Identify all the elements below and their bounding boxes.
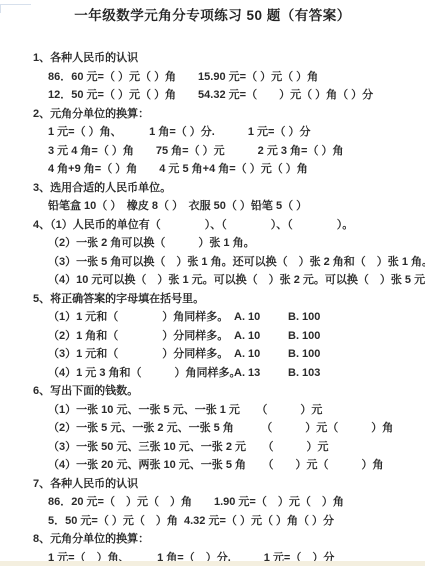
section-heading: 1、各种人民币的认识 [33, 49, 425, 68]
worksheet-line: 86．20 元=（ ）元（ ）角 1.90 元=（ ）元（ ）角 [48, 493, 425, 512]
worksheet-content: 1、各种人民币的认识 86．60 元=（ ）元（ ）角 15.90 元=（ ）元… [0, 49, 425, 566]
worksheet-line: 1 元=（ ）角、 1 角=（ ）分. 1 元=（ ）分 [48, 123, 425, 142]
section-5-multiple-choice: 5、将正确答案的字母填在括号里。 （1）1 元和（ ）角同样多。 A. 10 B… [0, 290, 425, 383]
choice-option-a: A. 10 [234, 345, 288, 364]
section-7-renminbi-recognition: 7、各种人民币的认识 86．20 元=（ ）元（ ）角 1.90 元=（ ）元（… [0, 475, 425, 531]
choice-question: （3）1 元和（ ）分同样多。 [48, 345, 234, 364]
choice-option-a: A. 10 [234, 327, 288, 346]
page-corner-line [0, 4, 31, 13]
bottom-band [0, 561, 425, 566]
worksheet-line: 4 角+9 角=（ ）角 4 元 5 角+4 角=（ ）元（ ）角 [48, 160, 425, 179]
choice-question: （2）1 角和（ ）分同样多。 [48, 327, 234, 346]
section-6-write-amounts: 6、写出下面的钱数。 （1）一张 10 元、一张 5 元、一张 1 元 （ ）元… [0, 382, 425, 475]
worksheet-line: 5．50 元=（ ）元（ ）角 4.32 元=（ ）元（ ）角（ ）分 [48, 512, 425, 531]
section-heading: 2、元角分单位的换算： [33, 105, 425, 124]
choice-option-a: A. 13 [234, 364, 288, 383]
worksheet-line: （1）一张 10 元、一张 5 元、一张 1 元 （ ）元 [48, 401, 425, 420]
worksheet-line: 12．50 元=（ ）元（ ）角 54.32 元=（ ）元（ ）角（ ）分 [48, 86, 425, 105]
section-heading: 6、写出下面的钱数。 [33, 382, 425, 401]
section-2-unit-conversion: 2、元角分单位的换算： 1 元=（ ）角、 1 角=（ ）分. 1 元=（ ）分… [0, 105, 425, 179]
choice-option-b: B. 100 [288, 327, 320, 346]
section-heading: 4、（1）人民币的单位有（ ）、（ ）、（ ）。 [33, 216, 425, 235]
worksheet-line: （4）一张 20 元、两张 10 元、一张 5 角 （ ）元（ ）角 [48, 456, 425, 475]
worksheet-line: （3）一张 5 角可以换（ ）张 1 角。还可以换（ ）张 2 角和（ ）张 1… [48, 253, 425, 272]
worksheet-line: （2）一张 5 元、一张 2 元、一张 5 角 （ ）元（ ）角 [48, 419, 425, 438]
worksheet-line: （4）10 元可以换（ ）张 1 元。可以换（ ）张 2 元。可以换（ ）张 5… [48, 271, 425, 290]
choice-question: （4）1 元 3 角和（ ）角同样多。 [48, 364, 234, 383]
choice-row: （3）1 元和（ ）分同样多。 A. 10 B. 100 [48, 345, 425, 364]
worksheet-line: 3 元 4 角=（ ）角 75 角=（ ）元 2 元 3 角=（ ）角 [48, 142, 425, 161]
worksheet-line: （3）一张 50 元、三张 10 元、一张 2 元 （ ）元 [48, 438, 425, 457]
section-heading: 7、各种人民币的认识 [33, 475, 425, 494]
worksheet-line: （2）一张 2 角可以换（ ）张 1 角。 [48, 234, 425, 253]
section-4-exchange-questions: 4、（1）人民币的单位有（ ）、（ ）、（ ）。 （2）一张 2 角可以换（ ）… [0, 216, 425, 290]
choice-option-a: A. 10 [234, 308, 288, 327]
choice-option-b: B. 103 [288, 364, 320, 383]
choice-row: （1）1 元和（ ）角同样多。 A. 10 B. 100 [48, 308, 425, 327]
section-1-renminbi-recognition: 1、各种人民币的认识 86．60 元=（ ）元（ ）角 15.90 元=（ ）元… [0, 49, 425, 105]
choice-row: （4）1 元 3 角和（ ）角同样多。 A. 13 B. 103 [48, 364, 425, 383]
section-heading: 3、选用合适的人民币单位。 [33, 179, 425, 198]
choice-row: （2）1 角和（ ）分同样多。 A. 10 B. 100 [48, 327, 425, 346]
worksheet-line: 86．60 元=（ ）元（ ）角 15.90 元=（ ）元（ ）角 [48, 68, 425, 87]
choice-option-b: B. 100 [288, 345, 320, 364]
section-heading: 8、元角分单位的换算： [33, 530, 425, 549]
worksheet-title: 一年级数学元角分专项练习 50 题（有答案） [0, 0, 425, 24]
choice-option-b: B. 100 [288, 308, 320, 327]
worksheet-page: 一年级数学元角分专项练习 50 题（有答案） 1、各种人民币的认识 86．60 … [0, 0, 425, 566]
section-3-choose-unit: 3、选用合适的人民币单位。 铅笔盒 10（ ） 橡皮 8（ ） 衣服 50（ ）… [0, 179, 425, 216]
section-heading: 5、将正确答案的字母填在括号里。 [33, 290, 425, 309]
choice-question: （1）1 元和（ ）角同样多。 [48, 308, 234, 327]
worksheet-line: 铅笔盒 10（ ） 橡皮 8（ ） 衣服 50（ ）铅笔 5（ ） [48, 197, 425, 216]
